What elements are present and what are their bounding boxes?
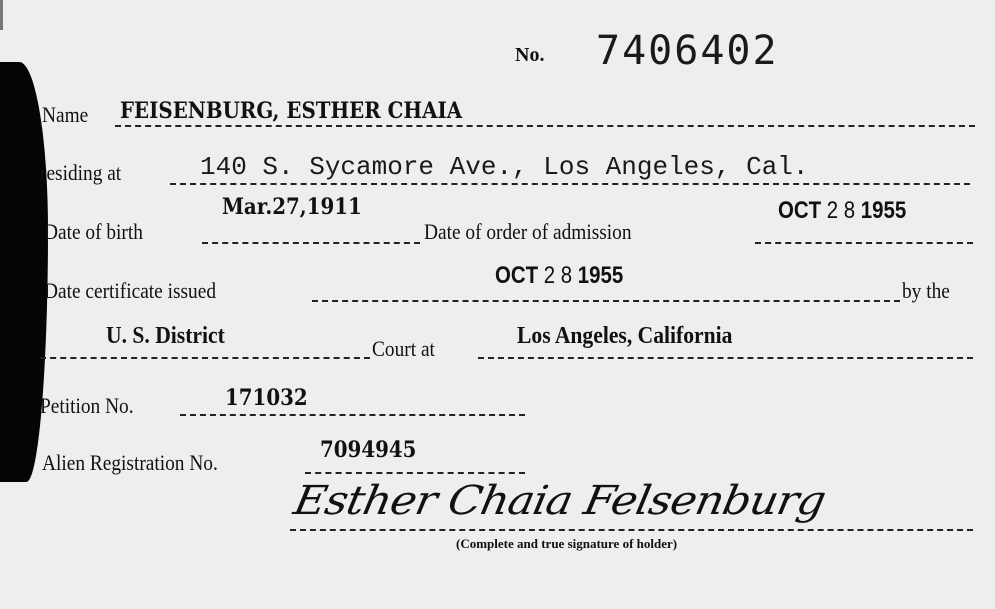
certificate-number: 7406402: [596, 28, 779, 74]
residence-value: 140 S. Sycamore Ave., Los Angeles, Cal.: [200, 152, 809, 182]
name-line: [115, 125, 975, 127]
birth-date-line: [202, 242, 420, 244]
admission-month: OCT: [778, 197, 821, 224]
birth-date-label: Date of birth: [44, 219, 143, 245]
court-name-line: [40, 357, 370, 359]
court-at-label: Court at: [372, 336, 435, 362]
birth-date-value: Mar.27,1911: [222, 194, 362, 220]
residence-label: residing at: [40, 160, 121, 186]
issued-by-suffix: by the: [902, 278, 950, 304]
admission-day: 2 8: [827, 197, 855, 224]
signature-caption: (Complete and true signature of holder): [456, 536, 677, 552]
petition-number-value: 171032: [225, 385, 308, 411]
admission-date-label: Date of order of admission: [424, 219, 632, 245]
issued-date-label: Date certificate issued: [44, 278, 216, 304]
name-value: FEISENBURG, ESTHER CHAIA: [120, 98, 462, 124]
admission-date-value: OCT 2 8 1955: [778, 197, 906, 225]
petition-number-label: Petition No.: [40, 393, 134, 419]
issued-year: 1955: [578, 262, 623, 289]
court-name-value: U. S. District: [106, 323, 225, 350]
scan-edge-mark: [0, 0, 3, 30]
admission-year: 1955: [861, 197, 906, 224]
residence-line: [170, 183, 970, 185]
name-label: Name: [42, 102, 88, 128]
issued-date-value: OCT 2 8 1955: [495, 262, 623, 290]
alien-registration-value: 7094945: [320, 437, 416, 463]
petition-number-line: [180, 414, 525, 416]
admission-date-line: [755, 242, 973, 244]
issued-day: 2 8: [544, 262, 572, 289]
holder-signature: Esther Chaia Felsenburg: [290, 478, 829, 524]
certificate-number-label: No.: [515, 44, 544, 67]
issued-month: OCT: [495, 262, 538, 289]
scan-dark-margin-lower: [0, 240, 30, 480]
court-location-line: [478, 357, 973, 359]
alien-registration-line: [305, 472, 525, 474]
signature-line: [290, 529, 973, 531]
alien-registration-label: Alien Registration No.: [42, 450, 218, 476]
issued-date-line: [312, 300, 900, 302]
court-location-value: Los Angeles, California: [517, 323, 732, 350]
